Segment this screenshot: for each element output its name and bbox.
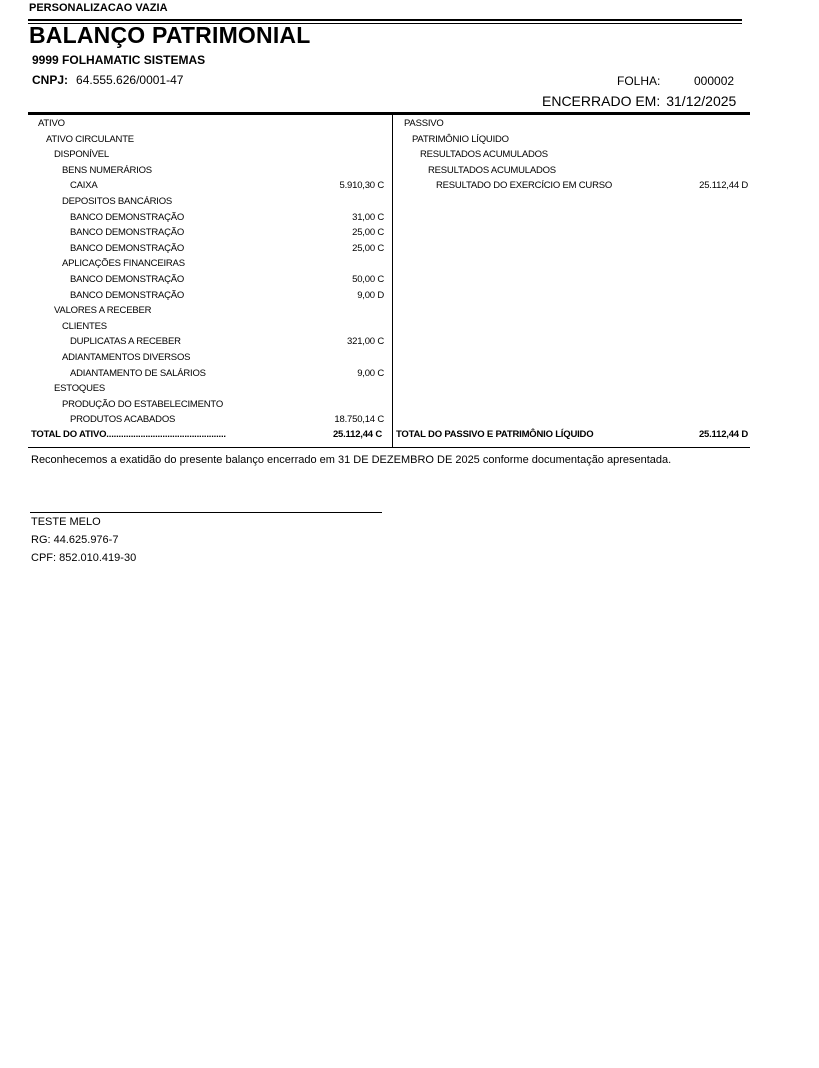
account-label: PATRIMÔNIO LÍQUIDO bbox=[412, 132, 509, 148]
table-row: BENS NUMERÁRIOS bbox=[28, 163, 384, 179]
account-value: 25,00 C bbox=[352, 241, 384, 257]
account-label: ADIANTAMENTOS DIVERSOS bbox=[62, 350, 190, 366]
cnpj-value: 64.555.626/0001-47 bbox=[76, 73, 183, 87]
table-row: DEPOSITOS BANCÁRIOS bbox=[28, 194, 384, 210]
account-label: PRODUÇÃO DO ESTABELECIMENTO bbox=[62, 397, 223, 413]
account-label: DEPOSITOS BANCÁRIOS bbox=[62, 194, 172, 210]
account-label: BANCO DEMONSTRAÇÃO bbox=[70, 241, 184, 257]
table-row: BANCO DEMONSTRAÇÃO9,00 D bbox=[28, 288, 384, 304]
account-label: RESULTADO DO EXERCÍCIO EM CURSO bbox=[436, 178, 612, 194]
table-row: ADIANTAMENTOS DIVERSOS bbox=[28, 350, 384, 366]
account-label: BANCO DEMONSTRAÇÃO bbox=[70, 225, 184, 241]
signer-rg: RG: 44.625.976-7 bbox=[31, 534, 118, 546]
account-label: CLIENTES bbox=[62, 319, 107, 335]
total-passivo-value: 25.112,44 D bbox=[699, 429, 748, 440]
account-label: ADIANTAMENTO DE SALÁRIOS bbox=[70, 366, 206, 382]
account-label: RESULTADOS ACUMULADOS bbox=[420, 147, 548, 163]
account-value: 9,00 C bbox=[357, 366, 384, 382]
account-label: RESULTADOS ACUMULADOS bbox=[428, 163, 556, 179]
account-label: BANCO DEMONSTRAÇÃO bbox=[70, 210, 184, 226]
table-row: CAIXA5.910,30 C bbox=[28, 178, 384, 194]
table-row: DISPONÍVEL bbox=[28, 147, 384, 163]
table-row: RESULTADO DO EXERCÍCIO EM CURSO25.112,44… bbox=[396, 178, 748, 194]
account-value: 18.750,14 C bbox=[334, 412, 384, 428]
account-label: BANCO DEMONSTRAÇÃO bbox=[70, 272, 184, 288]
folha-value: 000002 bbox=[694, 74, 734, 88]
account-label: PASSIVO bbox=[404, 116, 444, 132]
account-label: VALORES A RECEBER bbox=[54, 303, 151, 319]
account-label: ESTOQUES bbox=[54, 381, 105, 397]
account-value: 321,00 C bbox=[347, 334, 384, 350]
table-row: RESULTADOS ACUMULADOS bbox=[396, 147, 748, 163]
account-label: BENS NUMERÁRIOS bbox=[62, 163, 152, 179]
account-label: CAIXA bbox=[70, 178, 98, 194]
total-passivo-label: TOTAL DO PASSIVO E PATRIMÔNIO LÍQUIDO bbox=[396, 429, 593, 440]
table-row: VALORES A RECEBER bbox=[28, 303, 384, 319]
account-label: ATIVO CIRCULANTE bbox=[46, 132, 134, 148]
account-label: DUPLICATAS A RECEBER bbox=[70, 334, 181, 350]
page-title: BALANÇO PATRIMONIAL bbox=[29, 22, 310, 49]
encerrado-value: 31/12/2025 bbox=[666, 93, 736, 109]
company-name: 9999 FOLHAMATIC SISTEMAS bbox=[32, 53, 205, 67]
account-label: DISPONÍVEL bbox=[54, 147, 109, 163]
table-row: ATIVO bbox=[28, 116, 384, 132]
total-ativo-row: TOTAL DO ATIVO..........................… bbox=[31, 429, 382, 440]
table-row: RESULTADOS ACUMULADOS bbox=[396, 163, 748, 179]
account-value: 25,00 C bbox=[352, 225, 384, 241]
encerrado-em: ENCERRADO EM:31/12/2025 bbox=[542, 93, 736, 109]
account-value: 25.112,44 D bbox=[699, 178, 748, 194]
total-ativo-value: 25.112,44 C bbox=[333, 429, 382, 440]
table-row: APLICAÇÕES FINANCEIRAS bbox=[28, 256, 384, 272]
table-row: PRODUTOS ACABADOS18.750,14 C bbox=[28, 412, 384, 428]
total-passivo-row: TOTAL DO PASSIVO E PATRIMÔNIO LÍQUIDO 25… bbox=[396, 429, 748, 440]
account-value: 5.910,30 C bbox=[340, 178, 384, 194]
table-row: BANCO DEMONSTRAÇÃO50,00 C bbox=[28, 272, 384, 288]
account-value: 50,00 C bbox=[352, 272, 384, 288]
table-row: ESTOQUES bbox=[28, 381, 384, 397]
table-row: BANCO DEMONSTRAÇÃO25,00 C bbox=[28, 241, 384, 257]
ativo-column: ATIVOATIVO CIRCULANTEDISPONÍVELBENS NUME… bbox=[28, 116, 384, 428]
account-label: APLICAÇÕES FINANCEIRAS bbox=[62, 256, 185, 272]
passivo-column: PASSIVOPATRIMÔNIO LÍQUIDORESULTADOS ACUM… bbox=[396, 116, 748, 194]
column-divider bbox=[392, 115, 393, 448]
table-row: PASSIVO bbox=[396, 116, 748, 132]
encerrado-label: ENCERRADO EM: bbox=[542, 93, 660, 109]
table-row: DUPLICATAS A RECEBER321,00 C bbox=[28, 334, 384, 350]
table-row: ATIVO CIRCULANTE bbox=[28, 132, 384, 148]
balance-table: ATIVOATIVO CIRCULANTEDISPONÍVELBENS NUME… bbox=[28, 112, 750, 448]
signer-name: TESTE MELO bbox=[31, 516, 101, 528]
signature-line bbox=[30, 512, 382, 513]
table-row: BANCO DEMONSTRAÇÃO25,00 C bbox=[28, 225, 384, 241]
table-row: BANCO DEMONSTRAÇÃO31,00 C bbox=[28, 210, 384, 226]
account-label: PRODUTOS ACABADOS bbox=[70, 412, 175, 428]
table-row: ADIANTAMENTO DE SALÁRIOS9,00 C bbox=[28, 366, 384, 382]
folha-label: FOLHA: bbox=[617, 74, 660, 88]
account-label: BANCO DEMONSTRAÇÃO bbox=[70, 288, 184, 304]
table-row: CLIENTES bbox=[28, 319, 384, 335]
table-row: PRODUÇÃO DO ESTABELECIMENTO bbox=[28, 397, 384, 413]
cnpj: CNPJ:64.555.626/0001-47 bbox=[32, 73, 183, 87]
signer-cpf: CPF: 852.010.419-30 bbox=[31, 552, 136, 564]
account-value: 31,00 C bbox=[352, 210, 384, 226]
account-label: ATIVO bbox=[38, 116, 65, 132]
table-row: PATRIMÔNIO LÍQUIDO bbox=[396, 132, 748, 148]
recognition-statement: Reconhecemos a exatidão do presente bala… bbox=[31, 454, 671, 466]
account-value: 9,00 D bbox=[357, 288, 384, 304]
total-ativo-label: TOTAL DO ATIVO..........................… bbox=[31, 429, 226, 440]
cnpj-label: CNPJ: bbox=[32, 73, 68, 87]
personalization-label: PERSONALIZACAO VAZIA bbox=[29, 2, 168, 14]
